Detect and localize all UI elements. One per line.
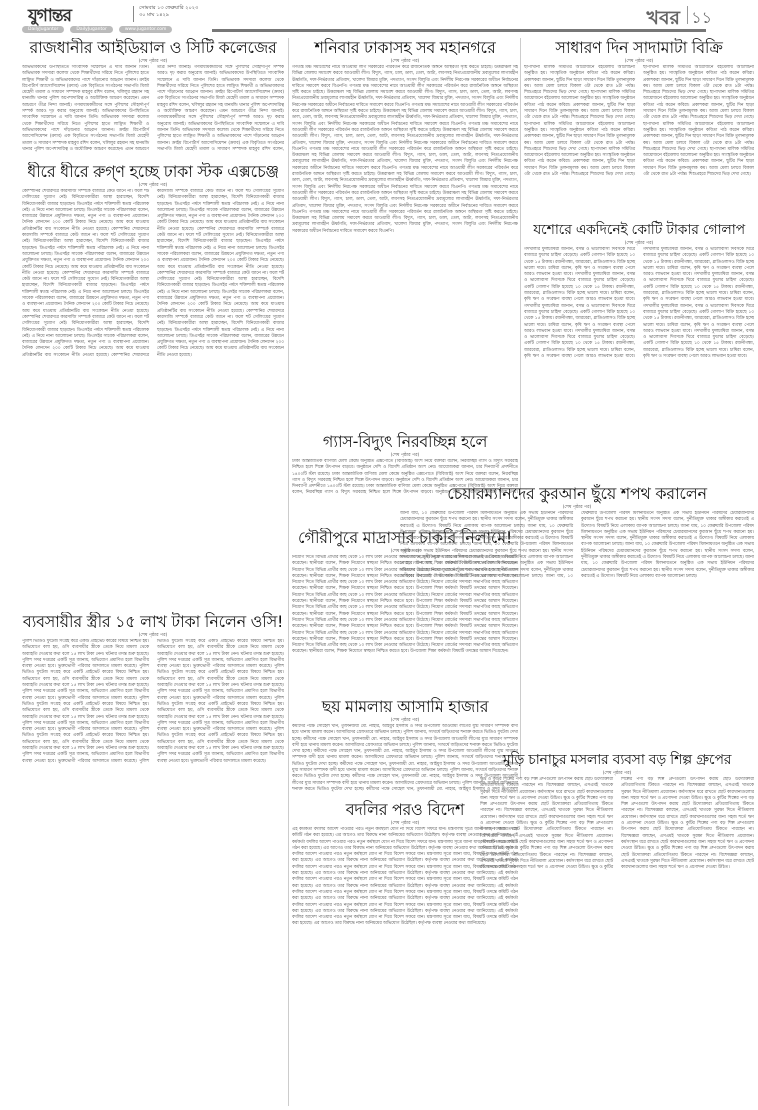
headline: চেয়ারম্যানদের কুরআন ছুঁয়ে শপথ করালেন [400,484,754,504]
continued-label: (শেষ পৃষ্ঠার পর) [292,452,518,459]
article-body: ক্ষুদ্র ও কুটির শিল্পের পণ্য বড় শিল্প গ… [480,777,754,1105]
continued-label: (শেষ পৃষ্ঠার পর) [524,240,754,247]
date-gregorian: সোমবার ১৩ ফেব্রুয়ারি ২০২৩ [139,5,198,12]
date-bengali: ৩০ মাঘ ১৪২৯ [139,12,198,19]
headline: মুড়ি চানাচুর মসলার ব্যবসা বড় শিল্প গ্র… [480,750,754,770]
headline: শনিবার ঢাকাসহ সব মহানগরে [292,38,518,58]
article-body: অভিভাবকদের উপস্থিতিতে সাংবাদিক সম্মেলনে … [22,65,284,155]
twitter-link[interactable]: DailyJugantor [22,26,64,33]
page-number: ১১ [691,5,712,32]
article-book-fair-sales: সাধারণ দিন সাদামাটা বিক্রি (শেষ পৃষ্ঠার … [524,38,754,216]
article-oc-took-money: ব্যবসায়ীর স্ত্রীর ১৫ লাখ টাকা নিলেন ওসি… [22,612,284,1106]
masthead: যুগান্তর সোমবার ১৩ ফেব্রুয়ারি ২০২৩ ৩০ ম… [0,0,758,34]
website-link[interactable]: www.jugantor.com [119,26,173,33]
headline: রাজধানীর আইডিয়াল ও সিটি কলেজের [22,38,284,58]
article-saturday-rally: শনিবার ঢাকাসহ সব মহানগরে (শেষ পৃষ্ঠার পর… [292,38,518,428]
article-jessore-roses: যশোরে একদিনেই কোটি টাকার গোলাপ (শেষ পৃষ্… [524,220,754,480]
article-chairmen-oath: চেয়ারম্যানদের কুরআন ছুঁয়ে শপথ করালেন (… [400,484,754,746]
article-body: গদখালীর ফুলচাষিরা জানান, বসন্ত ও ভালোবাস… [524,247,754,479]
continued-label: (শেষ পৃষ্ঠার পর) [480,770,754,777]
column-rule [288,38,289,1106]
article-body: ছাপাখানা মালিক সমিতির আয়োজনে বইমেলায় আ… [524,65,754,213]
dateline: সোমবার ১৩ ফেব্রুয়ারি ২০২৩ ৩০ মাঘ ১৪২৯ [139,5,198,19]
continued-label: (শেষ পৃষ্ঠার পর) [22,632,284,639]
headline: গ্যাস-বিদ্যুৎ নিরবচ্ছিন্ন হলে [292,432,518,452]
continued-label: (শেষ পৃষ্ঠার পর) [22,58,284,65]
article-ideal-city-college: রাজধানীর আইডিয়াল ও সিটি কলেজের (শেষ পৃষ… [22,38,284,158]
article-body: কোম্পানির শেয়ারদরে কারসাজি সম্পর্কে বাজ… [22,189,284,601]
article-body: পুলিশ ভিডিও ফুটেজ সংগ্রহ করে একটি প্রাইভ… [22,639,284,1101]
divider [133,6,134,22]
continued-label: (শেষ পৃষ্ঠার পর) [22,182,284,189]
continued-label: (শেষ পৃষ্ঠার পর) [524,58,754,65]
article-muri-chanachur-business: মুড়ি চানাচুর মসলার ব্যবসা বড় শিল্প গ্র… [480,750,754,1106]
article-body: জানা যায়, ১০ ফেব্রুয়ারি উপজেলা পরিষদ ম… [400,511,754,743]
continued-label: (শেষ পৃষ্ঠার পর) [400,504,754,511]
continued-label: (শেষ পৃষ্ঠার পর) [292,58,518,65]
headline: যশোরে একদিনেই কোটি টাকার গোলাপ [524,220,754,240]
social-links: DailyJugantor DailyJugantor www.jugantor… [22,26,172,33]
header-rule [212,29,706,32]
headline: ব্যবসায়ীর স্ত্রীর ১৫ লাখ টাকা নিলেন ওসি… [22,612,284,632]
section-name: খবর [646,4,680,36]
headline: সাধারণ দিন সাদামাটা বিক্রি [524,38,754,58]
divider [687,6,688,24]
article-dhaka-stock-exchange: ধীরে ধীরে রুগ্ণ হচ্ছে ঢাকা স্টক এক্সচেঞ্… [22,162,284,607]
article-body: গণতন্ত্র মঞ্চ সমাবেশের নামে আওয়ামী লীগ … [292,65,518,423]
headline: ধীরে ধীরে রুগ্ণ হচ্ছে ঢাকা স্টক এক্সচেঞ্… [22,162,284,182]
facebook-link[interactable]: DailyJugantor [70,26,112,33]
